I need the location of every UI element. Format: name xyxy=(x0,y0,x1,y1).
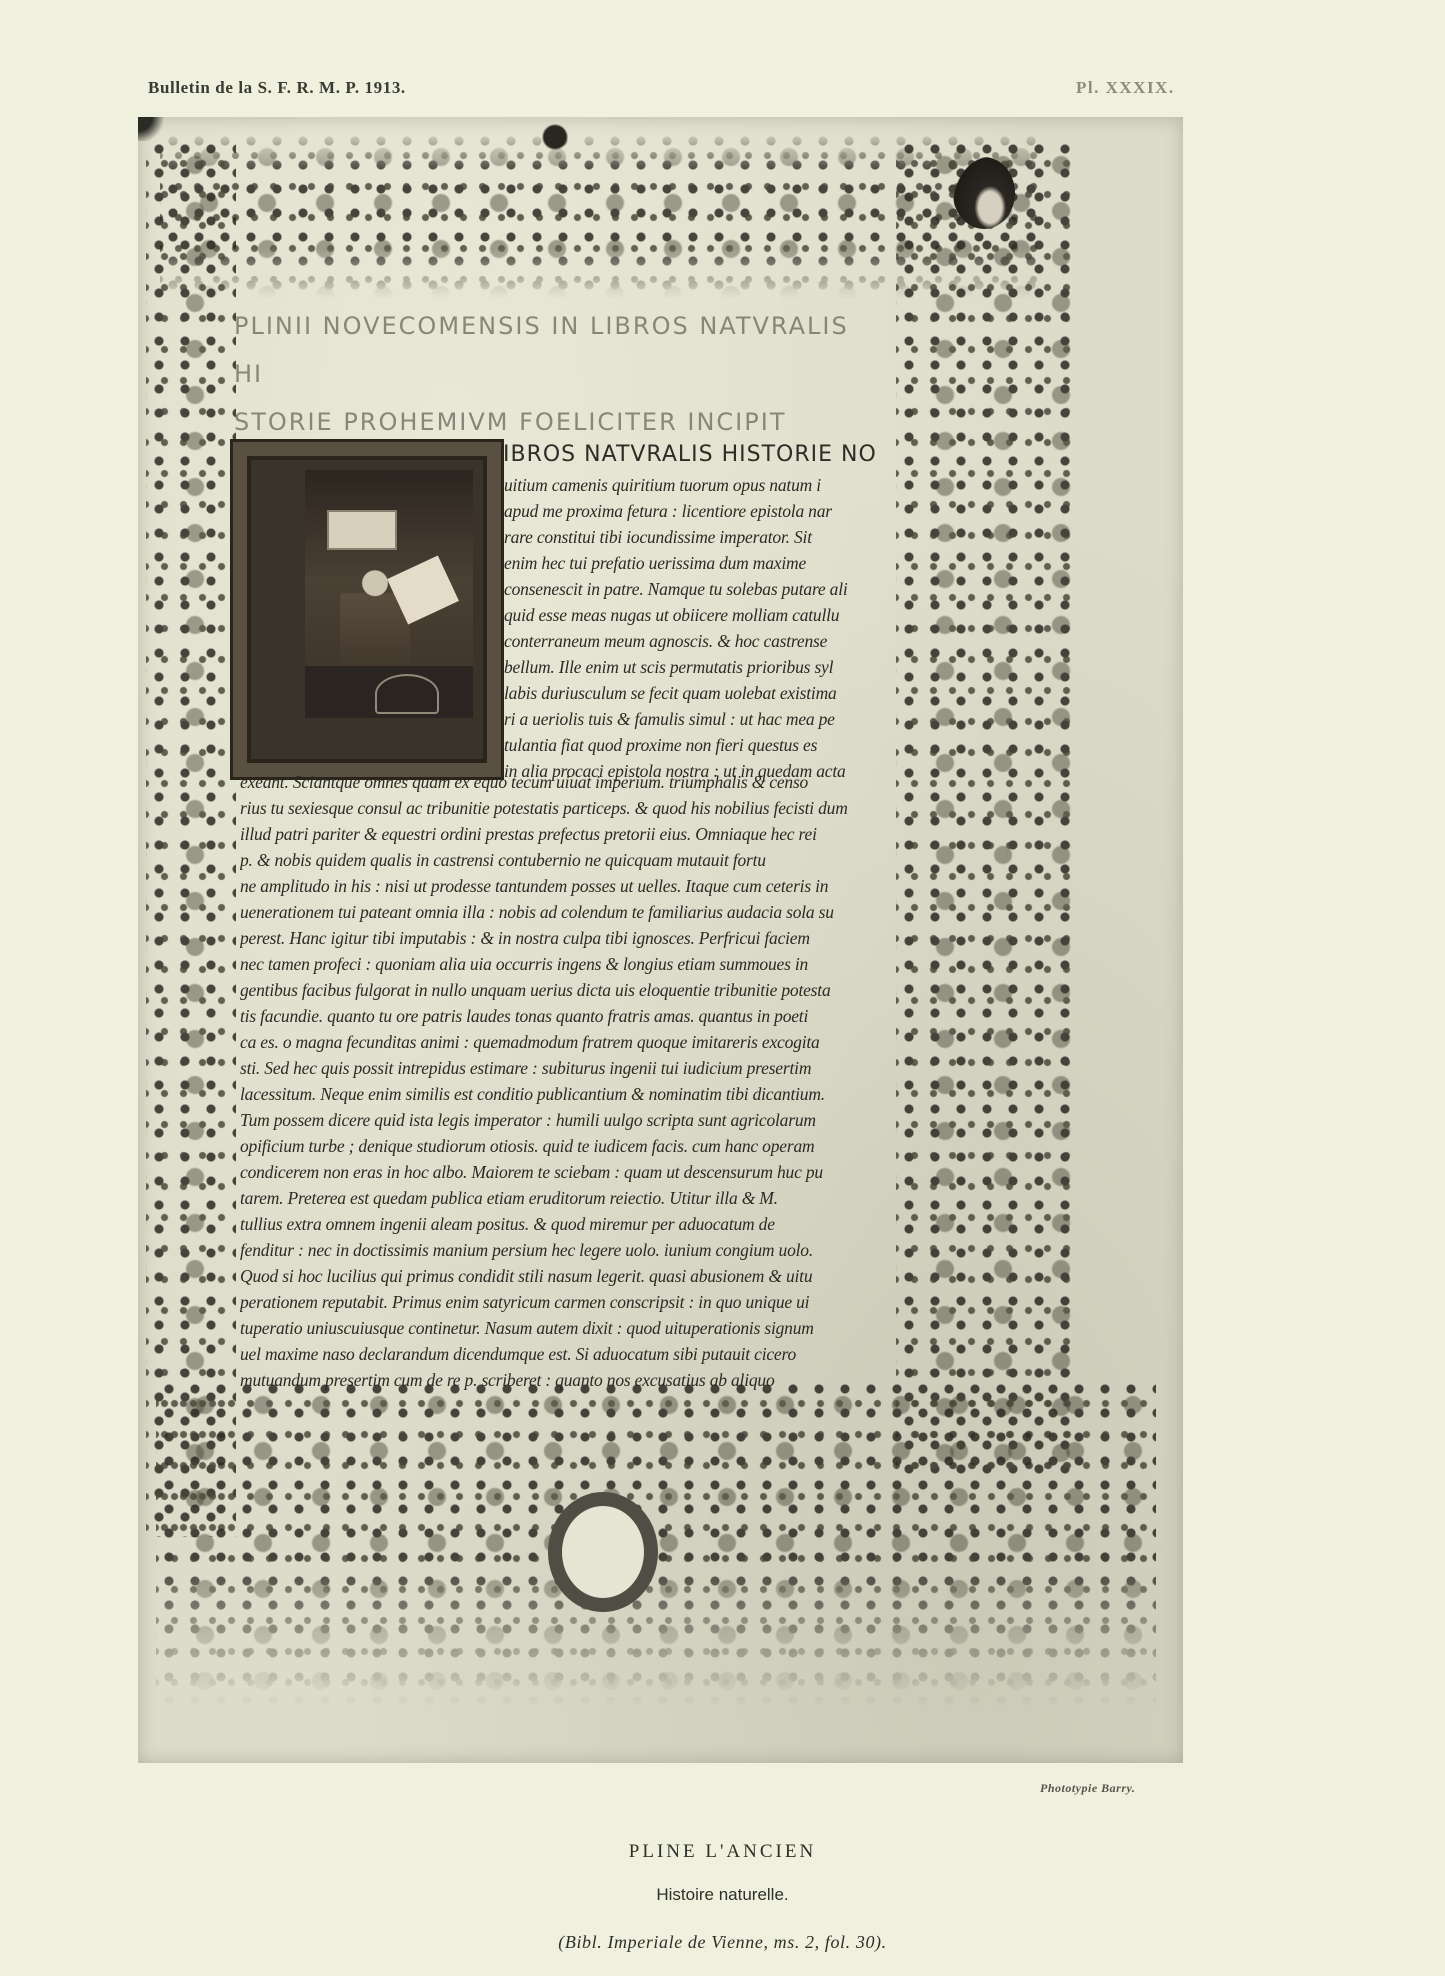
text-line: rius tu sexiesque consul ac tribunitie p… xyxy=(240,795,900,821)
text-line: Tum possem dicere quid ista legis impera… xyxy=(240,1107,900,1133)
right-floral-border xyxy=(896,137,1076,1477)
text-line: tuperatio uniuscuiusque continetur. Nasu… xyxy=(240,1315,900,1341)
text-line: lacessitum. Neque enim similis est condi… xyxy=(240,1081,900,1107)
left-floral-border xyxy=(146,137,236,1537)
text-line: rare constitui tibi iocundissime imperat… xyxy=(504,524,894,550)
text-line: sti. Sed hec quis possit intrepidus esti… xyxy=(240,1055,900,1081)
text-column-narrow: uitium camenis quiritium tuorum opus nat… xyxy=(504,472,894,784)
text-line: fenditur : nec in doctissimis manium per… xyxy=(240,1237,900,1263)
plate-number: Pl. XXXIX. xyxy=(1076,78,1175,98)
text-line: mutuandum presertim cum de re p. scriber… xyxy=(240,1367,900,1393)
text-line: illud patri pariter & equestri ordini pr… xyxy=(240,821,900,847)
text-line: tullius extra omnem ingenii aleam positu… xyxy=(240,1211,900,1237)
text-line: bellum. Ille enim ut scis permutatis pri… xyxy=(504,654,894,680)
text-line: perationem reputabit. Primus enim satyri… xyxy=(240,1289,900,1315)
cherub-icon xyxy=(538,123,572,151)
rubric-title: PLINII NOVECOMENSIS IN LIBROS NATVRALIS … xyxy=(234,302,874,446)
text-line: labis duriusculum se fecit quam uolebat … xyxy=(504,680,894,706)
text-line: consenescit in patre. Namque tu solebas … xyxy=(504,576,894,602)
text-line: ri a ueriolis tuis & famulis simul : ut … xyxy=(504,706,894,732)
text-line: gentibus facibus fulgorat in nullo unqua… xyxy=(240,977,900,1003)
text-column-wide: exeant. Sciantque omnes quam ex equo tec… xyxy=(240,769,900,1393)
text-line: condicerem non eras in hoc albo. Maiorem… xyxy=(240,1159,900,1185)
caption-subtitle: Histoire naturelle. xyxy=(0,1885,1445,1905)
text-line: quid esse meas nugas ut obiicere molliam… xyxy=(504,602,894,628)
text-line: apud me proxima fetura : licentiore epis… xyxy=(504,498,894,524)
text-line: uitium camenis quiritium tuorum opus nat… xyxy=(504,472,894,498)
text-line: uel maxime naso declarandum dicendumque … xyxy=(240,1341,900,1367)
text-line: perest. Hanc igitur tibi imputabis : & i… xyxy=(240,925,900,951)
caption-title: PLINE L'ANCIEN xyxy=(0,1841,1445,1863)
running-head: Bulletin de la S. F. R. M. P. 1913. xyxy=(148,78,406,98)
scholar-scene xyxy=(305,470,473,718)
text-line: opificium turbe ; denique studiorum otio… xyxy=(240,1133,900,1159)
wreath-medallion-icon xyxy=(548,1492,658,1612)
text-line: exeant. Sciantque omnes quam ex equo tec… xyxy=(240,769,900,795)
text-line: conterraneum meum agnoscis. & hoc castre… xyxy=(504,628,894,654)
text-line: Quod si hoc lucilius qui primus condidit… xyxy=(240,1263,900,1289)
floral-pattern-icon xyxy=(896,137,1076,1477)
text-line: enim hec tui prefatio uerissima dum maxi… xyxy=(504,550,894,576)
desk-icon xyxy=(305,666,473,718)
manuscript-plate: PLINII NOVECOMENSIS IN LIBROS NATVRALIS … xyxy=(138,117,1183,1763)
photo-credit: Phototypie Barry. xyxy=(1040,1781,1135,1796)
text-line: ne amplitudo in his : nisi ut prodesse t… xyxy=(240,873,900,899)
text-line: p. & nobis quidem qualis in castrensi co… xyxy=(240,847,900,873)
illuminated-initial-miniature xyxy=(230,439,504,780)
rubric-line: PLINII NOVECOMENSIS IN LIBROS NATVRALIS … xyxy=(234,302,874,398)
map-icon xyxy=(327,510,397,550)
caption-source: (Bibl. Imperiale de Vienne, ms. 2, fol. … xyxy=(0,1932,1445,1953)
text-line: nec tamen profeci : quoniam alia uia occ… xyxy=(240,951,900,977)
incipit-line: IBROS NATVRALIS HISTORIE NO xyxy=(503,442,923,467)
text-line: ca es. o magna fecunditas animi : quemad… xyxy=(240,1029,900,1055)
floral-pattern-icon xyxy=(146,137,236,1537)
text-line: uenerationem tui pateant omnia illa : no… xyxy=(240,899,900,925)
portrait-medallion-icon xyxy=(953,157,1015,229)
text-line: tis facundie. quanto tu ore patris laude… xyxy=(240,1003,900,1029)
text-line: tulantia fiat quod proxime non fieri que… xyxy=(504,732,894,758)
text-line: tarem. Preterea est quedam publica etiam… xyxy=(240,1185,900,1211)
